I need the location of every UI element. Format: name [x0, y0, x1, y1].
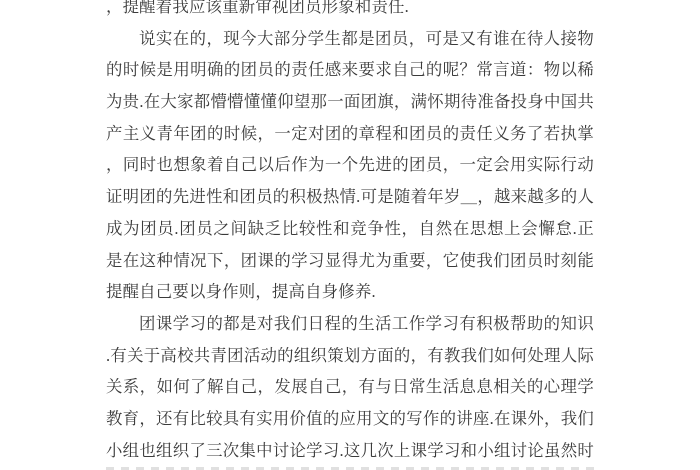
text-line: 为贵.在大家都懵懵懂懂仰望那一面团旗，满怀期待准备投身中国共 — [106, 86, 594, 118]
text-line: .有关于高校共青团活动的组织策划方面的，有教我们如何处理人际 — [106, 340, 594, 372]
text-line: 是在这种情况下，团课的学习显得尤为重要，它使我们团员时刻能 — [106, 245, 594, 277]
text-line: 产主义青年团的时候，一定对团的章程和团员的责任义务了若执掌 — [106, 118, 594, 150]
text-line: ，同时也想象着自己以后作为一个先进的团员，一定会用实际行动 — [106, 149, 594, 181]
text-line: ，提醒着我应该重新审视团员形象和责任. — [106, 0, 594, 23]
text-line: 关系，如何了解自己，发展自己，有与日常生活息息相关的心理学 — [106, 371, 594, 403]
text-line: 小组也组织了三次集中讨论学习.这几次上课学习和小组讨论虽然时 — [106, 435, 594, 467]
text-line: 证明团的先进性和团员的积极热情.可是随着年岁＿，越来越多的人 — [106, 181, 594, 213]
text-line: 团课学习的都是对我们日程的生活工作学习有积极帮助的知识 — [106, 308, 594, 340]
text-line: 说实在的，现今大部分学生都是团员，可是又有谁在待人接物 — [106, 23, 594, 55]
text-line: 教育，还有比较具有实用价值的应用文的写作的讲座.在课外，我们 — [106, 403, 594, 435]
text-line: 的时候是用明确的团员的责任感来要求自己的呢？常言道：物以稀 — [106, 54, 594, 86]
text-line: 提醒自己要以身作则，提高自身修养. — [106, 276, 594, 308]
text-block: ，提醒着我应该重新审视团员形象和责任. 说实在的，现今大部分学生都是团员，可是又… — [106, 0, 594, 466]
text-line: 成为团员.团员之间缺乏比较性和竞争性，自然在思想上会懈怠.正 — [106, 213, 594, 245]
document-page: ，提醒着我应该重新审视团员形象和责任. 说实在的，现今大部分学生都是团员，可是又… — [0, 0, 700, 470]
